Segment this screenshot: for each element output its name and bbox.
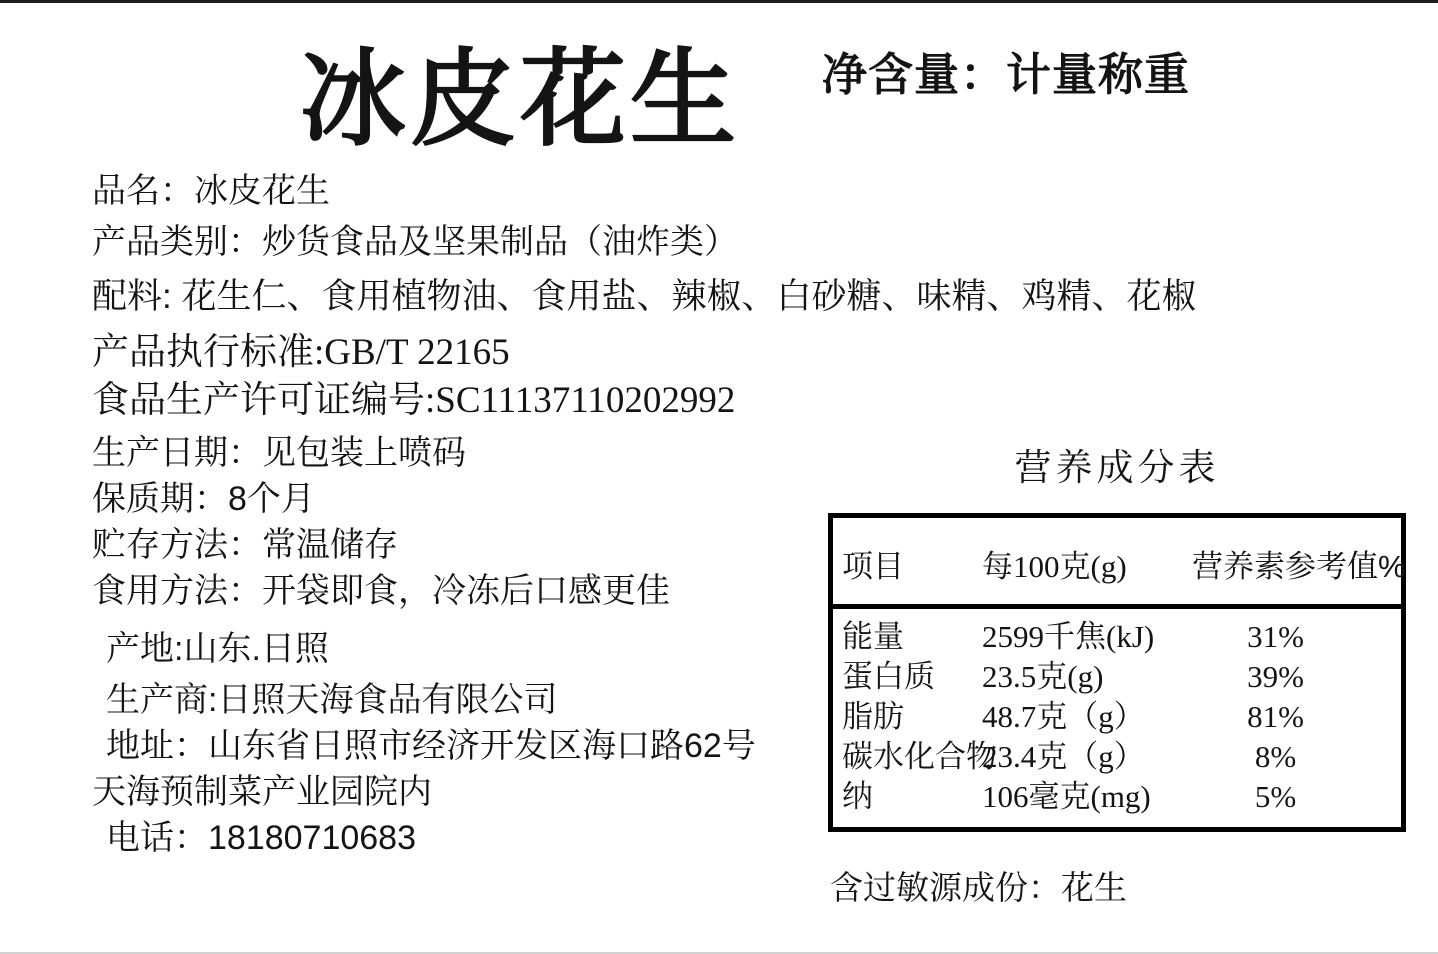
info-standard: 产品执行标准:GB/T 22165 <box>92 329 1432 377</box>
nutrient-nrv: 39% <box>1192 657 1389 697</box>
nutrition-table: 项目 每100克(g) 营养素参考值% 能量 2599千焦(kJ) 31% 蛋白… <box>828 513 1406 832</box>
nutrient-name: 碳水化合物 <box>842 737 982 777</box>
nutrition-row: 脂肪 48.7克（g） 81% <box>842 697 1389 737</box>
nutrition-panel: 营养成分表 项目 每100克(g) 营养素参考值% 能量 2599千焦(kJ) … <box>828 446 1406 909</box>
nutrient-nrv: 8% <box>1192 737 1389 777</box>
nutrient-name: 蛋白质 <box>842 657 982 697</box>
nutrition-row: 能量 2599千焦(kJ) 31% <box>842 617 1389 657</box>
nutrient-amount: 48.7克（g） <box>982 697 1192 737</box>
nutrient-nrv: 31% <box>1192 617 1389 657</box>
info-license: 食品生产许可证编号:SC11137110202992 <box>92 377 1432 425</box>
info-ingredients: 配料: 花生仁、食用植物油、食用盐、辣椒、白砂糖、味精、鸡精、花椒 <box>92 274 1432 320</box>
product-label-sheet: 冰皮花生 净含量：计量称重 品名：冰皮花生 产品类别：炒货食品及坚果制品（油炸类… <box>0 0 1438 954</box>
nutrition-row: 碳水化合物 23.4克（g） 8% <box>842 737 1389 777</box>
nutrient-name: 脂肪 <box>842 697 982 737</box>
header-nrv-label: 营养素参考值% <box>1192 541 1436 586</box>
net-content-text: 净含量：计量称重 <box>822 38 1190 103</box>
nutrient-nrv: 81% <box>1192 697 1389 737</box>
nutrient-name: 纳 <box>842 777 982 817</box>
header-per100g-label: 每100克(g) <box>982 541 1192 586</box>
nutrition-title: 营养成分表 <box>828 446 1406 490</box>
nutrition-table-header: 项目 每100克(g) 营养素参考值% <box>833 518 1401 609</box>
top-border-line <box>0 0 1438 3</box>
nutrient-name: 能量 <box>842 617 982 657</box>
info-product-name: 品名：冰皮花生 <box>92 168 1432 214</box>
nutrition-table-body: 能量 2599千焦(kJ) 31% 蛋白质 23.5克(g) 39% 脂肪 48… <box>833 609 1401 827</box>
allergen-statement: 含过敏源成份：花生 <box>828 862 1406 909</box>
nutrient-amount: 23.5克(g) <box>982 657 1192 697</box>
nutrient-amount: 106毫克(mg) <box>982 777 1192 817</box>
nutrient-nrv: 5% <box>1192 777 1389 817</box>
nutrient-amount: 2599千焦(kJ) <box>982 617 1192 657</box>
header-item-label: 项目 <box>842 541 982 586</box>
nutrition-row: 纳 106毫克(mg) 5% <box>842 777 1389 817</box>
nutrient-amount: 23.4克（g） <box>982 737 1192 777</box>
nutrition-row: 蛋白质 23.5克(g) 39% <box>842 657 1389 697</box>
info-category: 产品类别：炒货食品及坚果制品（油炸类） <box>92 219 1432 265</box>
